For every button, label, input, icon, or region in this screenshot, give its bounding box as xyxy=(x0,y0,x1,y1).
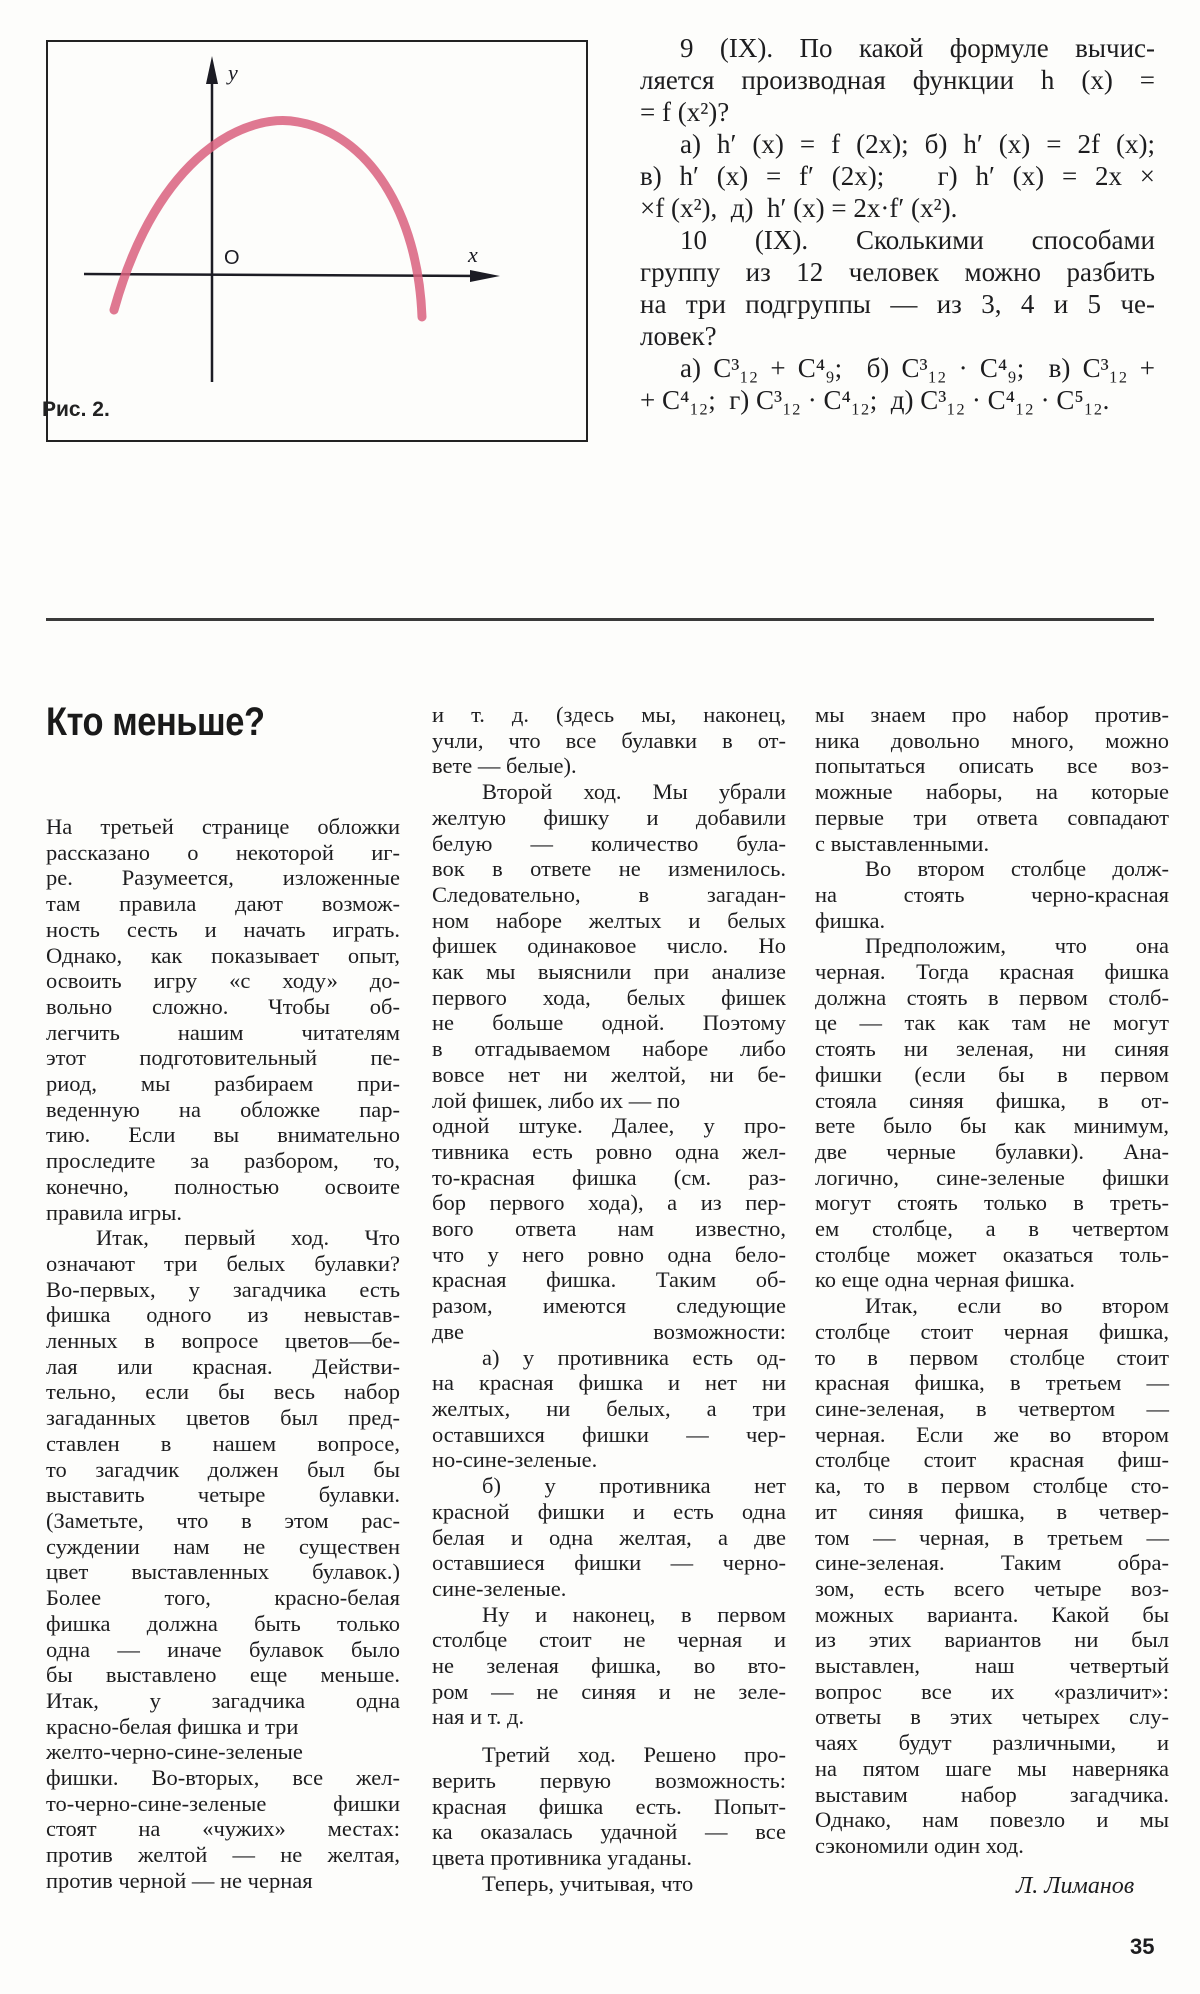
parabola-chart: y O x xyxy=(48,42,586,440)
text-line: красной фишки и есть одна xyxy=(432,1499,786,1525)
text-line: означают три белых булавки? xyxy=(46,1251,400,1277)
text-line: что у него ровно одна бело- xyxy=(432,1242,786,1268)
text-line: разом, имеются следующие xyxy=(432,1293,786,1319)
text-line: то-красная фишка (см. раз- xyxy=(432,1165,786,1191)
text-line: с выставленными. xyxy=(815,831,1169,857)
text-line: то-черно-сине-зеленые фишки xyxy=(46,1791,400,1817)
text-line: выставить четыре булавки. xyxy=(46,1482,400,1508)
text-line: фишек одинаковое число. Но xyxy=(432,933,786,959)
text-line: Более того, красно-белая xyxy=(46,1585,400,1611)
text-line: на красная фишка и нет ни xyxy=(432,1370,786,1396)
question-9: 9 (IX). По какой формуле вычис- ляется п… xyxy=(640,32,1155,224)
origin-label: O xyxy=(224,247,240,269)
text-line: белая и одна желтая, а две xyxy=(432,1525,786,1551)
text-line: освоить игру «с ходу» до- xyxy=(46,968,400,994)
text-line: загаданных цветов был пред- xyxy=(46,1405,400,1431)
text-line: а) у противника есть од- xyxy=(432,1345,786,1371)
x-axis-arrow-icon xyxy=(470,270,500,282)
question-10: 10 (IX). Сколькими способами группу из 1… xyxy=(640,224,1155,416)
figure-caption: Рис. 2. xyxy=(42,398,110,422)
text-line: белую — количество була- xyxy=(432,831,786,857)
text-line: желтую фишку и добавили xyxy=(432,805,786,831)
text-line: тельно, если бы весь набор xyxy=(46,1379,400,1405)
article-title: Кто меньше? xyxy=(46,700,265,745)
text-line: ка, то в первом столбце сто- xyxy=(815,1473,1169,1499)
answer-options: а) h′ (x) = f (2x); б) h′ (x) = 2f (x); xyxy=(640,128,1155,160)
parabola-curve xyxy=(114,121,422,317)
text-line: лой фишек, либо их — по xyxy=(432,1088,786,1114)
text-line: то в первом столбце стоит xyxy=(815,1345,1169,1371)
text-line: вовсе нет ни желтой, ни бе- xyxy=(432,1062,786,1088)
text-line: вого ответа нам известно, xyxy=(432,1216,786,1242)
question-line: 9 (IX). По какой формуле вычис- xyxy=(640,32,1155,64)
text-line: столбце стоит черная фишка, xyxy=(815,1319,1169,1345)
text-line: две возможности: xyxy=(432,1319,786,1345)
text-line: ответы в этих четырех слу- xyxy=(815,1704,1169,1730)
text-line: черная. Тогда красная фишка xyxy=(815,959,1169,985)
text-line: ном наборе желтых и белых xyxy=(432,908,786,934)
answer-options: + C⁴₁₂; г) C³₁₂ · C⁴₁₂; д) C³₁₂ · C⁴₁₂ ·… xyxy=(640,384,1155,416)
text-line: как мы выяснили при анализе xyxy=(432,959,786,985)
text-line: одной штуке. Далее, у про- xyxy=(432,1113,786,1139)
text-line: риод, мы разбираем при- xyxy=(46,1071,400,1097)
text-line: тивника есть ровно одна жел- xyxy=(432,1139,786,1165)
article-column-3: мы знаем про набор против-ника довольно … xyxy=(815,702,1169,1859)
text-line: можные наборы, на которые xyxy=(815,779,1169,805)
text-line: цвет выставленных булавок.) xyxy=(46,1559,400,1585)
question-line: ляется производная функции h (x) = xyxy=(640,64,1155,96)
text-line: желтых, ни белых, а три xyxy=(432,1396,786,1422)
text-line: ка оказалась удачной — все xyxy=(432,1819,786,1845)
question-line: 10 (IX). Сколькими способами xyxy=(640,224,1155,256)
text-line: не больше одной. Поэтому xyxy=(432,1010,786,1036)
text-line: выставим набор загадчика. xyxy=(815,1782,1169,1808)
text-line: вок в ответе не изменилось. xyxy=(432,856,786,882)
article-author: Л. Лиманов xyxy=(1016,1873,1134,1900)
text-line: лая или красная. Действи- xyxy=(46,1354,400,1380)
text-line: бы выставлено еще меньше. xyxy=(46,1662,400,1688)
text-line: вете было бы как минимум, xyxy=(815,1113,1169,1139)
text-line: из этих вариантов ни был xyxy=(815,1627,1169,1653)
text-line: том — черная, в третьем — xyxy=(815,1525,1169,1551)
text-line: первые три ответа совпадают xyxy=(815,805,1169,831)
text-line: можных варианта. Какой бы xyxy=(815,1602,1169,1628)
text-line: ром — не синяя и не зеле- xyxy=(432,1679,786,1705)
text-line: Однако, нам повезло и мы xyxy=(815,1807,1169,1833)
text-line: этот подготовительный пе- xyxy=(46,1045,400,1071)
answer-options: а) C³₁₂ + C⁴₉; б) C³₁₂ · C⁴₉; в) C³₁₂ + xyxy=(640,352,1155,384)
text-line: фишка. xyxy=(815,908,1169,934)
text-line: на стоять черно-красная xyxy=(815,882,1169,908)
text-line: ко еще одна черная фишка. xyxy=(815,1267,1169,1293)
text-line: оставшиеся фишки — черно- xyxy=(432,1550,786,1576)
page-number: 35 xyxy=(1130,1934,1154,1960)
text-line: и т. д. (здесь мы, наконец, xyxy=(432,702,786,728)
text-line: красная фишка, в третьем — xyxy=(815,1370,1169,1396)
text-line: стоят на «чужих» местах: xyxy=(46,1816,400,1842)
text-line: одна — иначе булавок было xyxy=(46,1637,400,1663)
text-line: Второй ход. Мы убрали xyxy=(432,779,786,805)
text-line: Итак, если во втором xyxy=(815,1293,1169,1319)
text-line: Итак, первый ход. Что xyxy=(46,1225,400,1251)
text-line: Итак, у загадчика одна xyxy=(46,1688,400,1714)
text-line: ность сесть и начать играть. xyxy=(46,917,400,943)
text-line: фишки (если бы в первом xyxy=(815,1062,1169,1088)
text-line: вольно сложно. Чтобы об- xyxy=(46,994,400,1020)
text-line: Теперь, учитывая, что xyxy=(432,1871,786,1897)
question-line: группу из 12 человек можно разбить xyxy=(640,256,1155,288)
text-line: Следовательно, в загадан- xyxy=(432,882,786,908)
text-line: ленных в вопросе цветов—бе- xyxy=(46,1328,400,1354)
paragraph-gap xyxy=(432,1730,786,1742)
text-line: фишка должна быть только xyxy=(46,1611,400,1637)
text-line: ника довольно много, можно xyxy=(815,728,1169,754)
text-line: две черные булавки). Ана- xyxy=(815,1139,1169,1165)
text-line: вопрос все их «различит»: xyxy=(815,1679,1169,1705)
text-line: це — так как там не могут xyxy=(815,1010,1169,1036)
text-line: правила игры. xyxy=(46,1200,400,1226)
question-line: на три подгруппы — из 3, 4 и 5 че- xyxy=(640,288,1155,320)
text-line: Ну и наконец, в первом xyxy=(432,1602,786,1628)
y-axis-arrow-icon xyxy=(206,56,218,84)
text-line: логично, сине-зеленые фишки xyxy=(815,1165,1169,1191)
text-line: сине-зеленые. xyxy=(432,1576,786,1602)
text-line: б) у противника нет xyxy=(432,1473,786,1499)
text-line: не зеленая фишка, во вто- xyxy=(432,1653,786,1679)
text-line: чаях будут различными, и xyxy=(815,1730,1169,1756)
text-line: Третий ход. Решено про- xyxy=(432,1742,786,1768)
answer-options: ×f (x²), д) h′ (x) = 2x·f′ (x²). xyxy=(640,192,1155,224)
text-line: ставлен в нашем вопросе, xyxy=(46,1431,400,1457)
text-line: легчить нашим читателям xyxy=(46,1020,400,1046)
text-line: попытаться описать все воз- xyxy=(815,753,1169,779)
text-line: ная и т. д. xyxy=(432,1704,786,1730)
text-line: (Заметьте, что в этом рас- xyxy=(46,1508,400,1534)
text-line: против желтой — не желтая, xyxy=(46,1842,400,1868)
text-line: фишка одного из невыстав- xyxy=(46,1302,400,1328)
text-line: красная фишка. Таким об- xyxy=(432,1267,786,1293)
text-line: могут стоять только в треть- xyxy=(815,1190,1169,1216)
text-line: бор первого хода), а из пер- xyxy=(432,1190,786,1216)
text-line: против черной — не черная xyxy=(46,1868,400,1894)
text-line: оставшихся фишки — чер- xyxy=(432,1422,786,1448)
text-line: сине-зеленая. Таким обра- xyxy=(815,1550,1169,1576)
text-line: в отгадываемом наборе либо xyxy=(432,1036,786,1062)
text-line: выставлен, наш четвертый xyxy=(815,1653,1169,1679)
text-line: суждении нам не существен xyxy=(46,1534,400,1560)
answer-options: в) h′ (x) = f′ (2x); г) h′ (x) = 2x × xyxy=(640,160,1155,192)
text-line: ем столбце, а в четвертом xyxy=(815,1216,1169,1242)
text-line: фишки. Во-вторых, все жел- xyxy=(46,1765,400,1791)
article-column-2: и т. д. (здесь мы, наконец,учли, что все… xyxy=(432,702,786,1896)
text-line: Предположим, что она xyxy=(815,933,1169,959)
text-line: проследите за разбором, то, xyxy=(46,1148,400,1174)
text-line: желто-черно-сине-зеленые xyxy=(46,1739,400,1765)
text-line: там правила дают возмож- xyxy=(46,891,400,917)
question-line: ловек? xyxy=(640,320,1155,352)
text-line: то загадчик должен был бы xyxy=(46,1457,400,1483)
text-line: черная. Если же во втором xyxy=(815,1422,1169,1448)
text-line: первого хода, белых фишек xyxy=(432,985,786,1011)
text-line: Во-первых, у загадчика есть xyxy=(46,1277,400,1303)
text-line: сине-зеленая, в четвертом — xyxy=(815,1396,1169,1422)
text-line: стоять ни зеленая, ни синяя xyxy=(815,1036,1169,1062)
question-line: = f (x²)? xyxy=(640,96,1155,128)
text-line: На третьей странице обложки xyxy=(46,814,400,840)
figure-graph: y O x xyxy=(46,40,588,442)
text-line: столбце стоит не черная и xyxy=(432,1627,786,1653)
text-line: красно-белая фишка и три xyxy=(46,1714,400,1740)
text-line: должна стоять в первом столб- xyxy=(815,985,1169,1011)
text-line: веденную на обложке пар- xyxy=(46,1097,400,1123)
text-line: Однако, как показывает опыт, xyxy=(46,943,400,969)
text-line: на пятом шаге мы наверняка xyxy=(815,1756,1169,1782)
x-axis xyxy=(84,274,488,276)
x-axis-label: x xyxy=(467,242,478,267)
text-line: мы знаем про набор против- xyxy=(815,702,1169,728)
text-line: красная фишка есть. Попыт- xyxy=(432,1794,786,1820)
text-line: верить первую возможность: xyxy=(432,1768,786,1794)
text-line: сэкономили один ход. xyxy=(815,1833,1169,1859)
text-line: столбце может оказаться толь- xyxy=(815,1242,1169,1268)
text-line: рассказано о некоторой иг- xyxy=(46,840,400,866)
y-axis-label: y xyxy=(226,60,238,85)
text-line: тию. Если вы внимательно xyxy=(46,1122,400,1148)
text-line: стояла синяя фишка, в от- xyxy=(815,1088,1169,1114)
text-line: зом, есть всего четыре воз- xyxy=(815,1576,1169,1602)
text-line: учли, что все булавки в от- xyxy=(432,728,786,754)
text-line: ит синяя фишка, в четвер- xyxy=(815,1499,1169,1525)
text-line: ре. Разумеется, изложенные xyxy=(46,865,400,891)
section-divider xyxy=(46,618,1154,621)
text-line: цвета противника угаданы. xyxy=(432,1845,786,1871)
text-line: вете — белые). xyxy=(432,753,786,779)
text-line: столбце стоит красная фиш- xyxy=(815,1447,1169,1473)
article-column-1: На третьей странице обложкирассказано о … xyxy=(46,814,400,1894)
text-line: но-сине-зеленые. xyxy=(432,1447,786,1473)
text-line: Во втором столбце долж- xyxy=(815,856,1169,882)
text-line: конечно, полностью освоите xyxy=(46,1174,400,1200)
questions-block: 9 (IX). По какой формуле вычис- ляется п… xyxy=(640,32,1155,416)
